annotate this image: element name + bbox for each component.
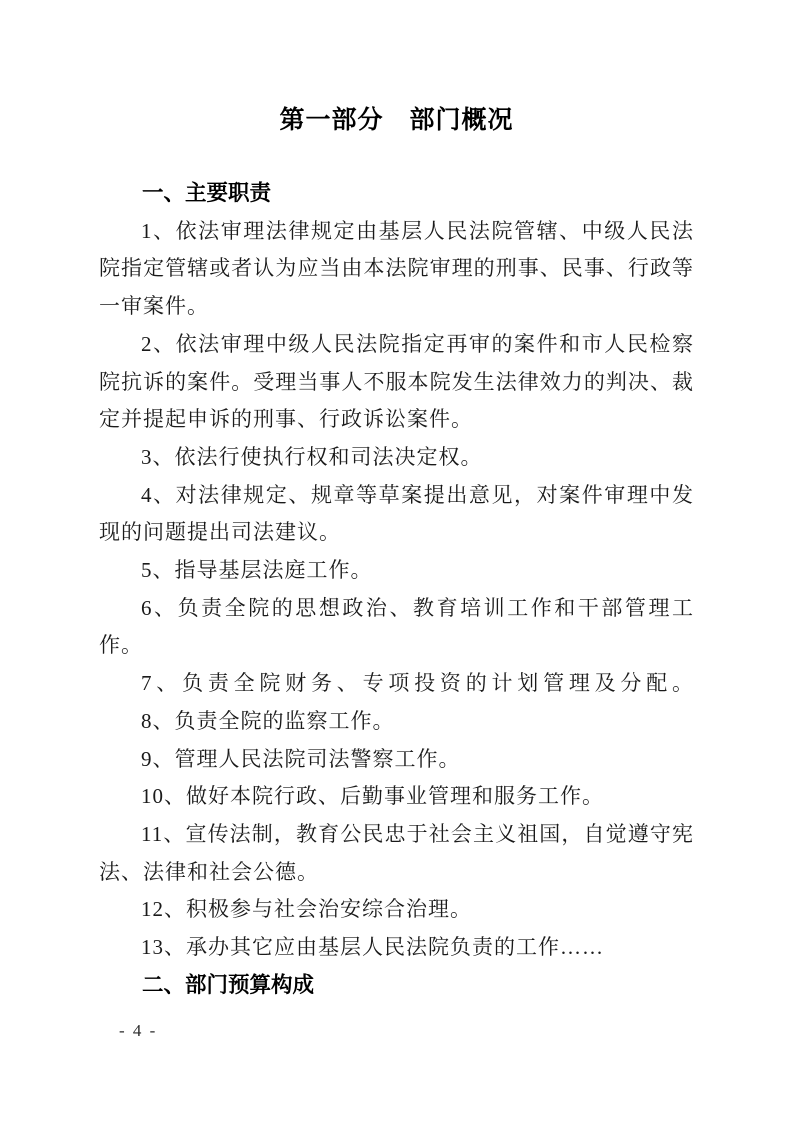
document-page: 第一部分 部门概况 一、主要职责 1、依法审理法律规定由基层人民法院管辖、中级人… <box>0 0 793 1122</box>
page-number: - 4 - <box>119 1021 157 1041</box>
responsibility-item-1: 1、依法审理法律规定由基层人民法院管辖、中级人民法院指定管辖或者认为应当由本法院… <box>99 213 694 326</box>
responsibility-item-9: 9、管理人民法院司法警察工作。 <box>99 741 694 779</box>
document-title: 第一部分 部门概况 <box>99 104 694 137</box>
section-1-heading: 一、主要职责 <box>99 175 694 213</box>
responsibility-item-3: 3、依法行使执行权和司法决定权。 <box>99 439 694 477</box>
responsibility-item-12: 12、积极参与社会治安综合治理。 <box>99 891 694 929</box>
responsibility-item-4: 4、对法律规定、规章等草案提出意见，对案件审理中发现的问题提出司法建议。 <box>99 477 694 552</box>
document-body: 第一部分 部门概况 一、主要职责 1、依法审理法律规定由基层人民法院管辖、中级人… <box>99 0 694 1004</box>
section-2-heading: 二、部门预算构成 <box>99 967 694 1005</box>
responsibility-item-5: 5、指导基层法庭工作。 <box>99 552 694 590</box>
responsibility-item-10: 10、做好本院行政、后勤事业管理和服务工作。 <box>99 778 694 816</box>
responsibility-item-8: 8、负责全院的监察工作。 <box>99 703 694 741</box>
responsibility-item-2: 2、依法审理中级人民法院指定再审的案件和市人民检察院抗诉的案件。受理当事人不服本… <box>99 326 694 439</box>
responsibility-item-13: 13、承办其它应由基层人民法院负责的工作…… <box>99 929 694 967</box>
responsibility-item-6: 6、负责全院的思想政治、教育培训工作和干部管理工作。 <box>99 590 694 665</box>
responsibility-item-7: 7、负责全院财务、专项投资的计划管理及分配。 <box>99 665 694 703</box>
responsibility-item-11: 11、宣传法制，教育公民忠于社会主义祖国，自觉遵守宪法、法律和社会公德。 <box>99 816 694 891</box>
